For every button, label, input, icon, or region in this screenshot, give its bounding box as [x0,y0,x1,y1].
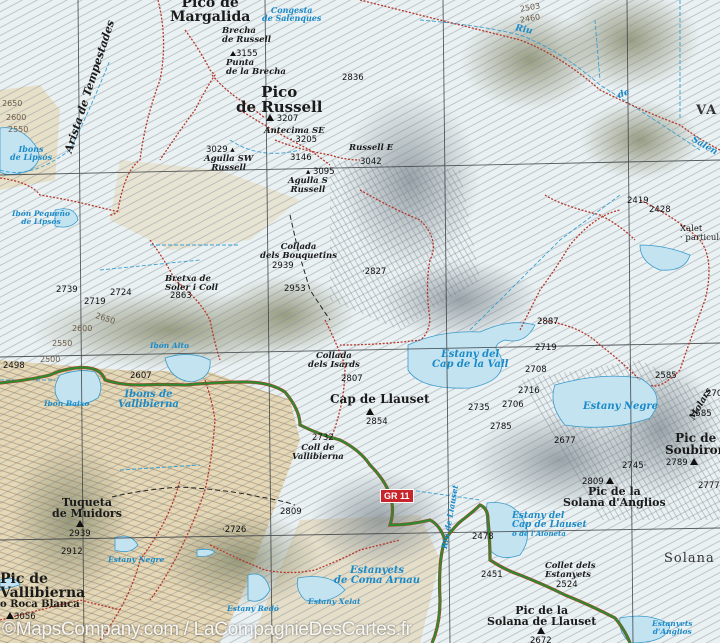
spot-height: 2745· [622,462,646,471]
spot-height: 2719 [84,298,106,307]
spot-height: 2498 [3,362,25,371]
water-label-estany-cap-de-llauset[interactable]: Estany delCap de Llauseto de l'Aiòneta [512,512,587,537]
spot-height: 2953 [284,285,306,294]
region-label-solana[interactable]: Solana d' [664,552,720,565]
spot-height: 2735 [468,404,490,413]
elevation-russell-e: 3042 [360,158,382,167]
peak-label-solana-anglios[interactable]: Pic de la Solana d'Anglios [563,486,666,508]
peak-label-vallibierna[interactable]: Pic de Vallibierna o Roca Blanca [0,572,85,610]
water-label-ibons-de-lipsos[interactable]: Ibonsde Lipsós [10,145,52,161]
spot-height: ·2827 [362,268,386,277]
peak-label-soubiron[interactable]: Pic de Soubiron [665,432,720,456]
feature-coll-de-vallibierna[interactable]: Coll deVallibierna [292,444,344,461]
copyright-watermark: ©MapsCompany.com / LaCompagnieDesCartes.… [2,619,412,641]
elevation-bretxa: 2863 [170,292,192,301]
feature-punta-de-la-brecha[interactable]: Puntade la Brecha [226,59,286,76]
contour-label: 2500 [40,356,60,364]
spot-height: 2719 [535,344,557,353]
gr11-route-badge[interactable]: GR 11 [380,489,414,503]
spot-height: 2887 [537,318,559,327]
elevation-russell: 3207 [266,114,298,124]
feature-collada-isards[interactable]: Colladadels Isards [308,352,360,369]
contour-label: 2550 [52,340,72,348]
water-label-estany-negre-south[interactable]: Estany Negre [108,556,164,564]
peak-label-cap-de-llauset[interactable]: Cap de Llauset [330,393,430,405]
summit-triangle-icon [606,477,614,484]
summit-triangle-icon [537,627,545,634]
elevation-solana-llauset: 2672 [530,627,552,643]
spot-height: 2739 [56,286,78,295]
spot-height: 2706 [502,401,524,410]
feature-russell-e[interactable]: Russell E [349,144,393,153]
spot-height: 2716 [518,387,540,396]
spot-height: 2836 [342,74,364,83]
feature-collada-bouquetins[interactable]: Colladadels Bouquetins [260,243,337,260]
water-label-ibon-pequeno[interactable]: Ibón Pequeñode Lipsós [12,210,70,225]
spot-height: 2585 [655,372,677,381]
spot-height: 2585 [690,410,712,419]
elevation-collada-isards: 2807 [341,375,363,384]
spot-height: 2677 [554,437,576,446]
elevation-soubiron: 2789 [666,458,698,468]
spot-height: 2607 [130,372,152,381]
spot-height: ·2726 [222,526,246,535]
peak-label-tuqueta-de-muidors[interactable]: Tuqueta de Muidors [52,497,122,519]
elevation-cap-de-llauset: 2854 [366,408,388,426]
feature-bretxa-soler-i-coll[interactable]: Bretxa deSoler i Coll [165,275,218,292]
spot-height: 2777 [698,482,720,491]
spot-height: 2912 [61,548,83,557]
water-label-estanyets-coma-arnau[interactable]: Estanyetsde Coma Arnau [334,566,420,586]
elevation-collet-estanyets: 2524 [556,581,578,590]
water-label-ibons-de-vallibierna[interactable]: Ibons deVallibierna [118,390,179,410]
summit-triangle-icon [366,408,374,415]
water-label-estany-xelat[interactable]: Estany Xelat [308,598,360,606]
feature-collet-estanyets[interactable]: Collet delsEstanyets [545,562,596,579]
peak-label-solana-llauset[interactable]: Pic de la Solana de Llauset [487,605,596,627]
topographic-map[interactable]: Pico de Margalida Pico de Russell 3207 C… [0,0,720,643]
spot-height: 2785 [490,423,512,432]
spot-height: 2708 [525,366,547,375]
summit-triangle-icon [76,520,84,527]
spot-height: 3146 [290,154,312,163]
water-label-congesta-salenques[interactable]: Congestade Salenques [262,6,321,22]
peak-label-margalida[interactable]: Pico de Margalida [170,0,250,24]
water-label-ibon-alto[interactable]: Ibón Alto [150,342,189,350]
contour-label: 2600 [72,325,92,333]
elevation-antecima-se: · 3205 [290,136,317,145]
water-label-estanyets-anglios[interactable]: Estanyetsd'Anglios [652,620,693,635]
spot-height: 2451 [481,571,503,580]
summit-triangle-icon [6,612,14,619]
peak-label-russell[interactable]: Pico de Russell [236,85,322,115]
water-label-estany-cap-de-la-vall[interactable]: Estany delCap de la Vall [432,350,508,370]
elevation-tuqueta: 2939 [69,520,91,538]
summit-triangle-icon [690,458,698,465]
feature-agulla-s-russell[interactable]: Agulla SRussell [288,177,328,194]
elevation-collada-bouquetins: 2939 [272,262,294,271]
summit-triangle-icon [266,114,274,121]
spot-height: 2419 [627,197,649,206]
spot-height: 2428 [649,206,671,215]
spot-height: 2809 [280,508,302,517]
contour-label: 2600 [6,114,26,122]
spot-height: 2478 [472,533,494,542]
contour-label: 2550 [8,126,28,134]
elevation-coll-vallibierna: 2732 [312,434,334,443]
spot-height: 2724 [110,289,132,298]
water-label-estany-negre-east[interactable]: Estany Negre [583,402,658,412]
feature-brecha-de-russell[interactable]: Brechade Russell [222,27,271,44]
contour-label: 2650 [2,100,22,108]
feature-xalet-particular[interactable]: Xalet· particular [680,225,720,242]
water-label-estany-redo[interactable]: Estany Redó [227,605,279,613]
water-label-ibon-baixo[interactable]: Ibón Baixo [44,400,89,408]
spot-height: 2706 [706,390,720,399]
feature-agulla-sw-russell[interactable]: Agulla SWRussell [204,155,253,172]
region-label-val[interactable]: VA [696,104,717,117]
